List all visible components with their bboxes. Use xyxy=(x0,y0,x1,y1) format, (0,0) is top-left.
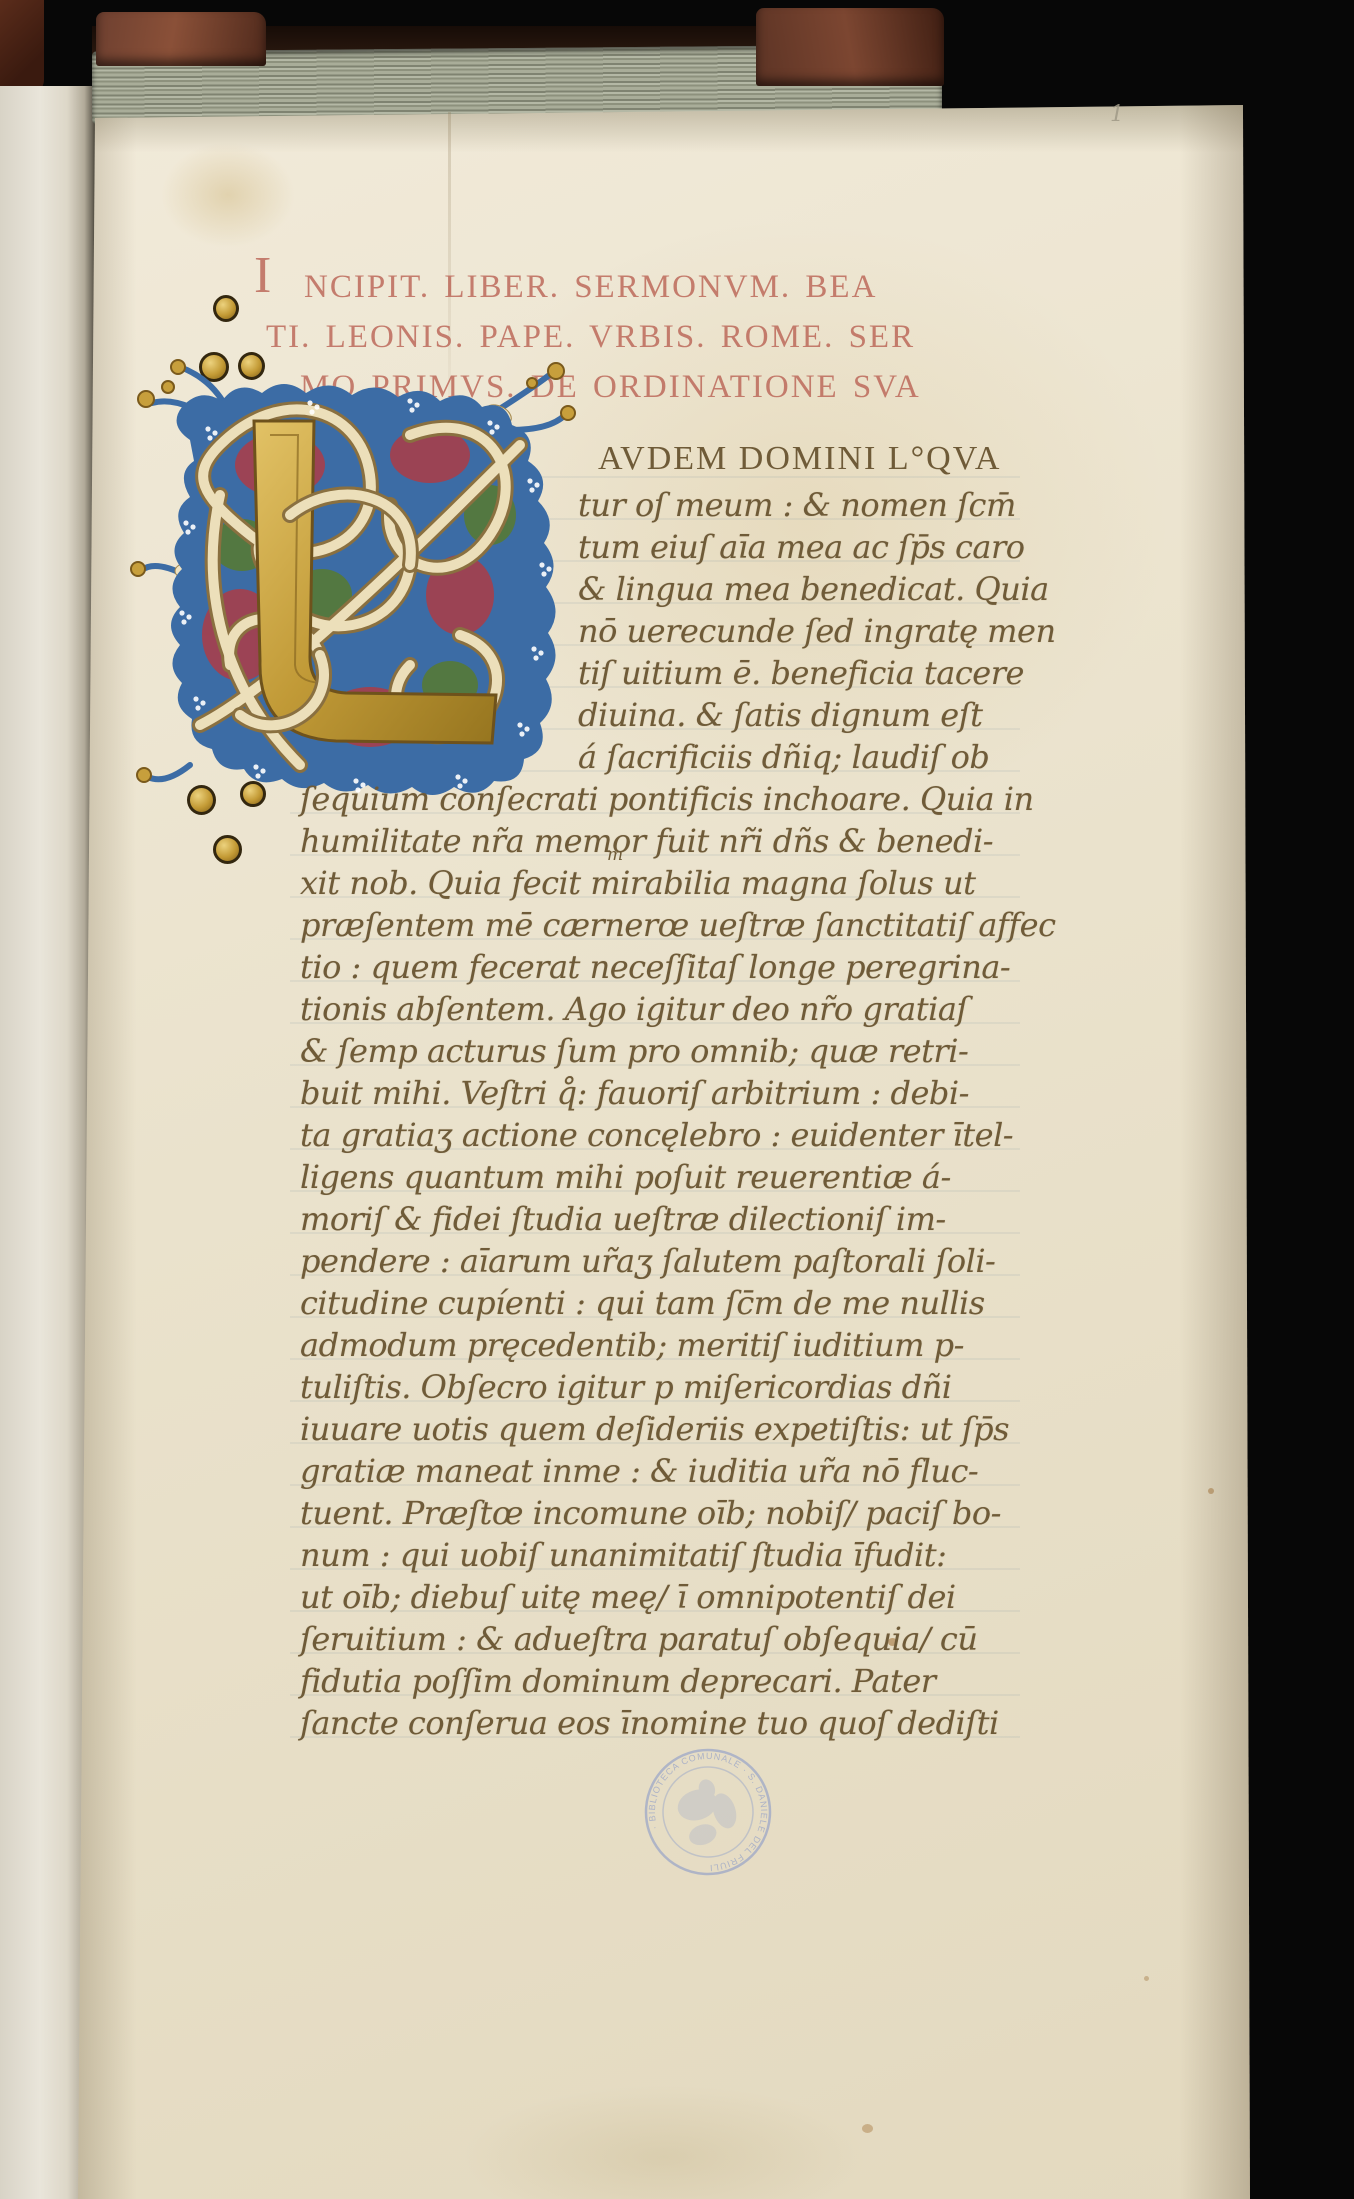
text-line: tio : quem fecerat neceſſitaſ longe pere… xyxy=(300,946,1040,988)
book-cover-leather-left xyxy=(96,12,266,66)
rubric-line: NCIPIT. LIBER. SERMONVM. BEA xyxy=(260,262,1040,312)
text-line: & lingua mea benedicat. Quia xyxy=(578,568,1038,610)
text-line: tum eiuſ aīa mea ac ſp̄s caro xyxy=(578,526,1038,568)
text-line: ſancte conſerua eos īnomine tuo quoſ ded… xyxy=(300,1702,1040,1744)
text-line: ligens quantum mihi poſuit reuerentiæ á- xyxy=(300,1156,1040,1198)
text-line: pendere : aīarum ur̃aʒ ſalutem paſtorali… xyxy=(300,1240,1040,1282)
text-line: buit mihi. Veſtri q̊: fauoriſ arbitrium … xyxy=(300,1072,1040,1114)
text-line: num : qui uobiſ unanimitatiſ ſtudia īfud… xyxy=(300,1534,1040,1576)
text-line: diuina. & ſatis dignum eſt xyxy=(578,694,1038,736)
text-line: citudine cupíenti : qui tam ſc̄m de me n… xyxy=(300,1282,1040,1324)
text-line: gratiæ maneat inme : & iuditia ur̃a nō f… xyxy=(300,1450,1040,1492)
text-line: tionis abſentem. Ago igitur deo nr̃o gra… xyxy=(300,988,1040,1030)
gold-bullet-dot xyxy=(238,352,265,380)
foxing-spot xyxy=(1208,1488,1214,1494)
text-line: xit nob. Quia fecit mirabilia magna ſolu… xyxy=(300,862,1040,904)
book-cover-leather-right xyxy=(756,8,944,86)
text-column-full-width: ſequium conſecrati pontificis inchoare. … xyxy=(300,778,1040,1744)
gold-bullet-dot xyxy=(213,835,242,864)
text-line: ſequium conſecrati pontificis inchoare. … xyxy=(300,778,1040,820)
incipit-capitals-line: AVDEM DOMINI L°QVA xyxy=(598,440,1001,478)
illuminated-initial-L xyxy=(160,385,570,800)
text-line: ſeruitium : & adueſtra paratuſ obſequia/… xyxy=(300,1618,1040,1660)
text-line: nō uerecunde ſed ingratę men xyxy=(578,610,1038,652)
book-spine-corner xyxy=(0,0,44,94)
text-line: & ſemp acturus ſum pro omnib; quæ retri- xyxy=(300,1030,1040,1072)
text-line: iuuare uotis quem deſideriis expetiſtis:… xyxy=(300,1408,1040,1450)
foxing-spot xyxy=(862,2124,873,2133)
rubric-line: TI. LEONIS. PAPE. VRBIS. ROME. SER xyxy=(260,312,1040,362)
text-line: humilitate nr̃a memor fuit nr̃i dñs & be… xyxy=(300,820,1040,862)
text-line: præſentem mē cærnerœ ueſtræ ſanctitatiſ … xyxy=(300,904,1040,946)
text-column-beside-initial: tur oſ meum : & nomen ſcm̄tum eiuſ aīa m… xyxy=(578,484,1038,778)
text-line: ut oīb; diebuſ uitę meę/ ī omnipotentiſ … xyxy=(300,1576,1040,1618)
foxing-spot xyxy=(1144,1976,1149,1981)
text-line: á ſacrificiis dñiq; laudiſ ob xyxy=(578,736,1038,778)
library-stamp: · BIBLIOTECA COMUNALE · S. DANIELE DEL F… xyxy=(638,1742,778,1882)
text-line: tuliſtis. Obſecro igitur p miſericordias… xyxy=(300,1366,1040,1408)
text-line: tuent. Præſtœ incomune oīb; nobiſ/ paciſ… xyxy=(300,1492,1040,1534)
text-line: moriſ & fidei ſtudia ueſtræ dilectioniſ … xyxy=(300,1198,1040,1240)
text-line: fidutia poſſim dominum deprecari. Pater xyxy=(300,1660,1040,1702)
text-line: admodum pręcedentib; meritiſ iuditium p- xyxy=(300,1324,1040,1366)
gold-bullet-dot xyxy=(213,295,239,322)
manuscript-photograph: 1 I NCIPIT. LIBER. SERMONVM. BEATI. LEON… xyxy=(0,0,1354,2199)
text-line: tiſ uitium ē. beneficia tacere xyxy=(578,652,1038,694)
text-line: tur oſ meum : & nomen ſcm̄ xyxy=(578,484,1038,526)
stamp-emblem xyxy=(671,1773,742,1849)
text-line: ta gratiaʒ actione concęlebro : euidente… xyxy=(300,1114,1040,1156)
folio-number: 1 xyxy=(1110,102,1124,127)
